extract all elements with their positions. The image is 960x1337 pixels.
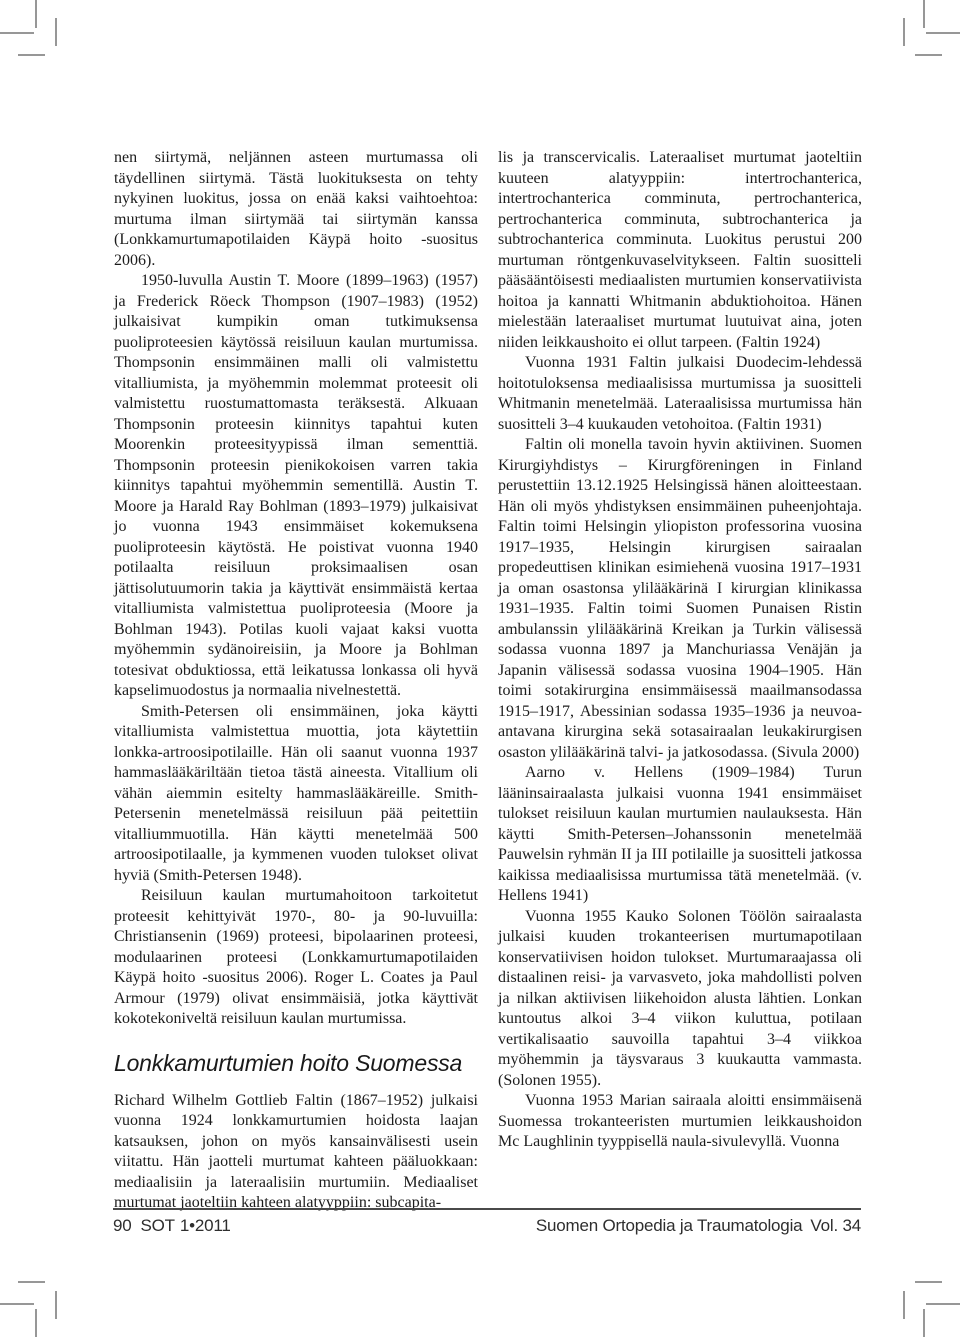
crop-mark-bottom-left-horizontal-outer	[0, 1303, 34, 1305]
crop-mark-top-right-horizontal-outer	[926, 32, 960, 34]
crop-mark-top-left-horizontal-inner	[18, 54, 45, 56]
footer-left: 90SOT1•2011	[113, 1216, 231, 1236]
body-paragraph: lis ja transcervicalis. Lateraaliset mur…	[498, 148, 862, 353]
crop-mark-top-right-vertical-inner	[903, 18, 905, 46]
section-heading: Lonkkamurtumien hoito Suomessa	[114, 1051, 478, 1076]
page-number: 90	[113, 1216, 132, 1235]
body-paragraph: Richard Wilhelm Gottlieb Faltin (1867–19…	[114, 1091, 478, 1214]
crop-mark-bottom-left-vertical-outer	[35, 1309, 37, 1337]
crop-mark-bottom-right-horizontal-inner	[915, 1281, 942, 1283]
footer-rule	[113, 1208, 861, 1210]
crop-mark-bottom-right-vertical-outer	[923, 1309, 925, 1337]
journal-abbrev: SOT	[141, 1216, 175, 1235]
crop-mark-bottom-left-vertical-inner	[55, 1291, 57, 1319]
journal-page: nen siirtymä, neljännen asteen murtumass…	[0, 0, 960, 1337]
footer-right: Suomen Ortopedia ja TraumatologiaVol. 34	[536, 1216, 861, 1236]
body-paragraph: Reisiluun kaulan murtumahoitoon tarkoite…	[114, 886, 478, 1030]
crop-mark-bottom-right-horizontal-outer	[926, 1303, 960, 1305]
crop-mark-top-left-vertical-outer	[35, 0, 37, 28]
issue-number: 1•2011	[180, 1216, 231, 1235]
journal-title: Suomen Ortopedia ja Traumatologia	[536, 1216, 803, 1235]
body-paragraph: Vuonna 1931 Faltin julkaisi Duodecim-leh…	[498, 353, 862, 435]
right-column: lis ja transcervicalis. Lateraaliset mur…	[498, 148, 862, 1214]
body-paragraph: Vuonna 1955 Kauko Solonen Töölön sairaal…	[498, 907, 862, 1092]
crop-mark-top-right-vertical-outer	[923, 0, 925, 28]
body-paragraph: Aarno v. Hellens (1909–1984) Turun lääni…	[498, 763, 862, 907]
crop-mark-top-left-horizontal-outer	[0, 32, 34, 34]
body-paragraph: Vuonna 1953 Marian sairaala aloitti ensi…	[498, 1091, 862, 1153]
crop-mark-bottom-right-vertical-inner	[903, 1291, 905, 1319]
crop-mark-top-right-horizontal-inner	[915, 54, 942, 56]
left-column: nen siirtymä, neljännen asteen murtumass…	[114, 148, 478, 1214]
page-footer: 90SOT1•2011 Suomen Ortopedia ja Traumato…	[113, 1216, 861, 1236]
crop-mark-bottom-left-horizontal-inner	[18, 1281, 45, 1283]
body-paragraph: Smith-Petersen oli ensimmäinen, joka käy…	[114, 702, 478, 887]
body-paragraph: Faltin oli monella tavoin hyvin aktiivin…	[498, 435, 862, 763]
body-paragraph: nen siirtymä, neljännen asteen murtumass…	[114, 148, 478, 271]
crop-mark-top-left-vertical-inner	[55, 18, 57, 46]
body-paragraph: 1950-luvulla Austin T. Moore (1899–1963)…	[114, 271, 478, 702]
volume-number: Vol. 34	[810, 1216, 861, 1235]
article-body: nen siirtymä, neljännen asteen murtumass…	[114, 148, 862, 1214]
